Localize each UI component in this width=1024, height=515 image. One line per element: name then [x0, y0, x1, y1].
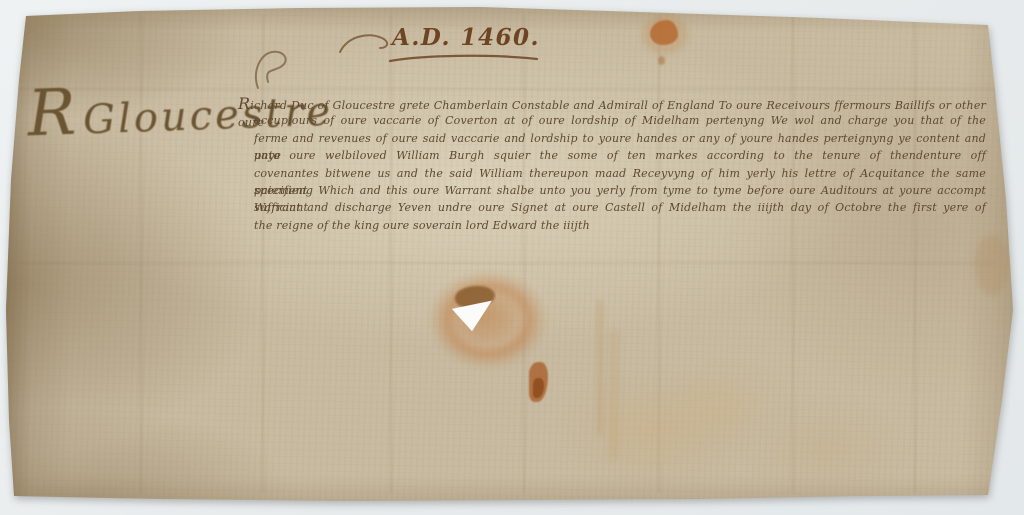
- crease-line: [914, 15, 916, 493]
- crease-line: [390, 15, 392, 493]
- edge-stain: [975, 235, 1009, 295]
- manuscript-line: Richard Duc of Gloucestre grete Chamberl…: [238, 95, 986, 112]
- manuscript-line: the reigne of the king oure soverain lor…: [254, 217, 986, 234]
- heading-underline-swash: [388, 52, 540, 66]
- manuscript-line: covenantes bitwene us and the said Willi…: [254, 165, 986, 182]
- stain-dot: [658, 56, 665, 65]
- signature-initial: R: [26, 76, 79, 152]
- manuscript-line: unto oure welbiloved William Burgh squie…: [254, 147, 986, 164]
- manuscript-body: Richard Duc of Gloucestre grete Chamberl…: [238, 95, 988, 234]
- parchment-sheet: A.D. 1460. R Gloucestre Richard Duc of G…: [0, 0, 1024, 515]
- rust-stain: [650, 20, 678, 45]
- manuscript-line: ferme and revenues of oure said vaccarie…: [254, 130, 986, 147]
- crease-line: [523, 15, 525, 493]
- manuscript-photo: A.D. 1460. R Gloucestre Richard Duc of G…: [0, 0, 1024, 515]
- water-stain: [740, 400, 910, 500]
- manuscript-line: specifieng Which and this oure Warrant s…: [254, 182, 986, 199]
- drip-streak: [597, 300, 603, 435]
- drip-streak: [609, 330, 619, 460]
- archivist-date-label: A.D. 1460.: [392, 24, 540, 51]
- crease-line: [20, 262, 995, 264]
- parchment-shadow: A.D. 1460. R Gloucestre Richard Duc of G…: [0, 0, 1024, 515]
- manuscript-line: Warrant and discharge Yeven undre oure S…: [254, 199, 986, 216]
- manuscript-line: occupiours of oure vaccarie of Coverton …: [254, 112, 986, 129]
